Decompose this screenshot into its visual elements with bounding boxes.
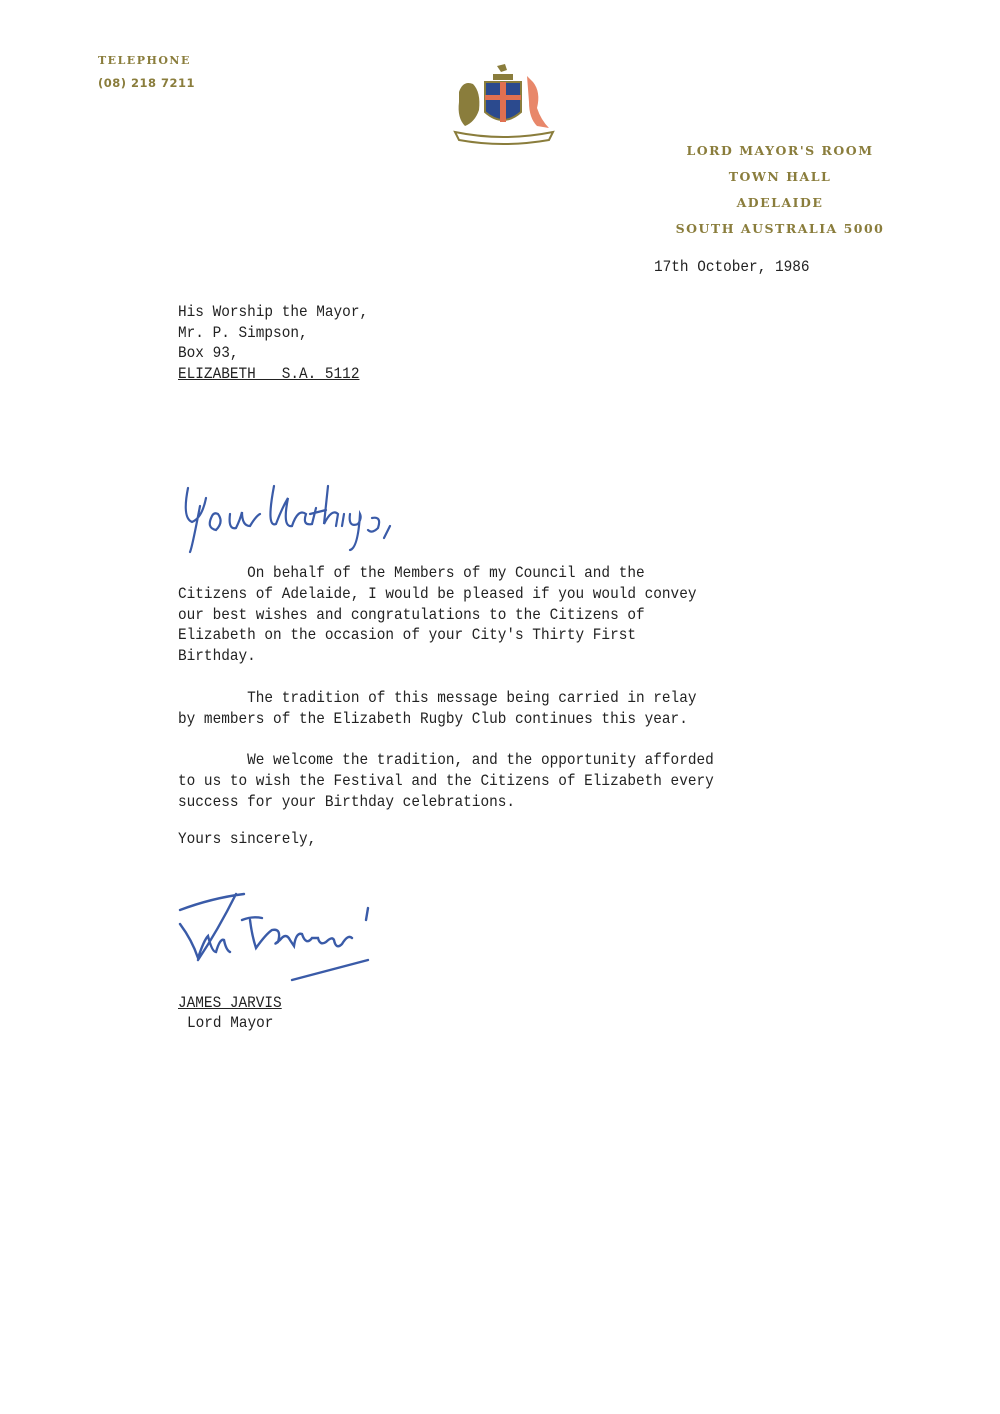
body-paragraph: On behalf of the Members of my Council a… [178, 563, 826, 667]
signatory-block: JAMES JARVIS Lord Mayor [178, 993, 282, 1033]
body-paragraph: The tradition of this message being carr… [178, 688, 826, 730]
handwritten-salutation [178, 478, 478, 558]
signature-icon [172, 880, 432, 990]
address-line: LORD MAYOR'S ROOM [640, 138, 920, 164]
recipient-address: His Worship the Mayor, Mr. P. Simpson, B… [178, 302, 368, 384]
letter-date: 17th October, 1986 [654, 258, 810, 276]
address-line: TOWN HALL [640, 164, 920, 190]
address-line: SOUTH AUSTRALIA 5000 [640, 216, 920, 242]
body-paragraph: We welcome the tradition, and the opport… [178, 750, 826, 812]
signatory-name: JAMES JARVIS [178, 993, 282, 1013]
recipient-line: Mr. P. Simpson, [178, 323, 368, 344]
closing: Yours sincerely, [178, 830, 316, 848]
recipient-line: Box 93, [178, 343, 368, 364]
letterhead-address: LORD MAYOR'S ROOM TOWN HALL ADELAIDE SOU… [640, 138, 920, 242]
coat-of-arms-icon [445, 62, 560, 146]
signatory-title: Lord Mayor [178, 1013, 282, 1033]
telephone-label: TELEPHONE [98, 54, 191, 67]
recipient-line: ELIZABETH S.A. 5112 [178, 364, 368, 385]
address-line: ADELAIDE [640, 190, 920, 216]
telephone-number: (08) 218 7211 [98, 76, 195, 90]
letter-body: On behalf of the Members of my Council a… [178, 563, 826, 833]
recipient-line: His Worship the Mayor, [178, 302, 368, 323]
